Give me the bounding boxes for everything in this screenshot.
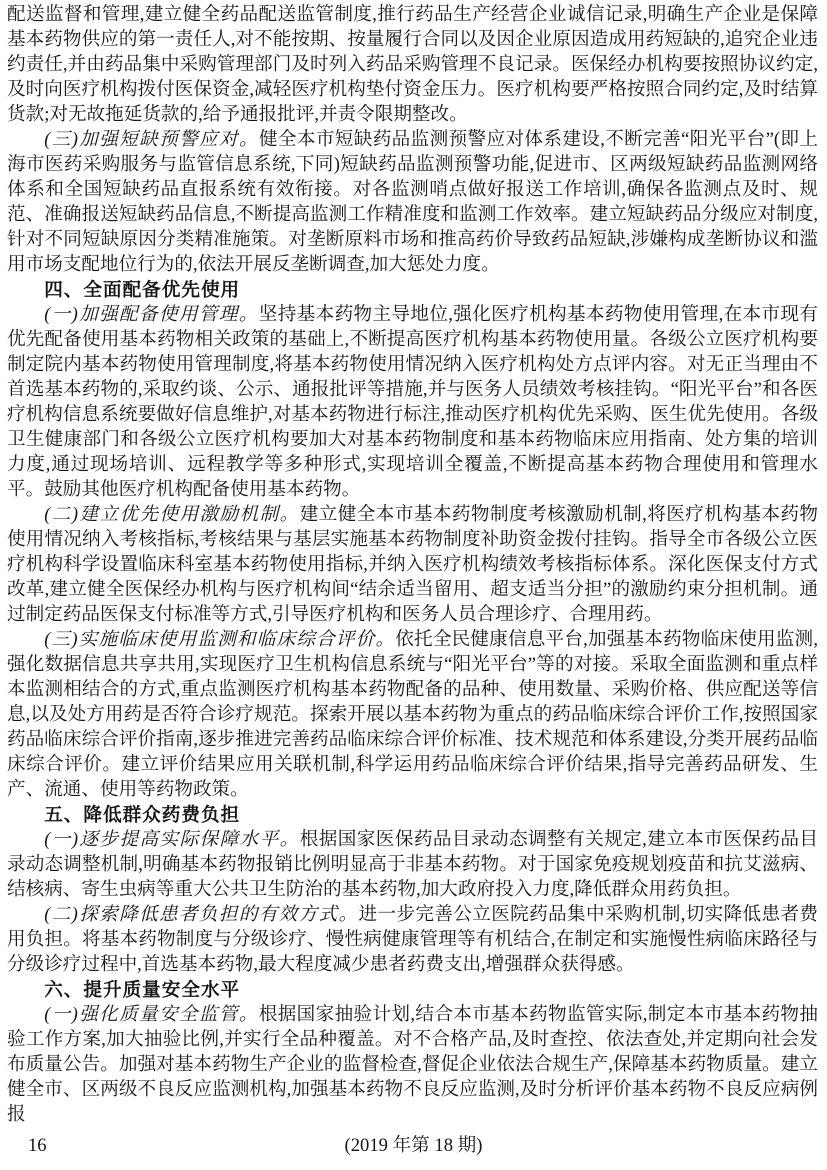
paragraph-clinical-monitoring-evaluation: (三)实施临床使用监测和临床综合评价。依托全民健康信息平台,加强基本药物临床使用… [7, 627, 818, 802]
paragraph-text: 依托全民健康信息平台,加强基本药物临床使用监测,强化数据信息共享共用,实现医疗卫… [7, 629, 818, 800]
paragraph-lead: (二)建立优先使用激励机制。 [44, 504, 300, 525]
paragraph-lead: (三)实施临床使用监测和临床综合评价。 [44, 629, 395, 650]
paragraph-text: 坚持基本药物主导地位,强化医疗机构基本药物使用管理,在本市现有优先配备使用基本药… [7, 304, 818, 500]
paragraph-lead: (一)逐步提高实际保障水平。 [44, 829, 300, 850]
section-heading-6: 六、提升质量安全水平 [7, 977, 818, 1002]
document-body: 配送监督和管理,建立健全药品配送监管制度,推行药品生产经营企业诚信记录,明确生产… [7, 2, 818, 1127]
paragraph-quality-safety-supervision: (一)强化质量安全监管。根据国家抽验计划,结合本市基本药物监管实际,制定本市基本… [7, 1002, 818, 1127]
paragraph-continuation: 配送监督和管理,建立健全药品配送监管制度,推行药品生产经营企业诚信记录,明确生产… [7, 2, 818, 127]
page-number: 16 [28, 1133, 47, 1158]
paragraph-reduce-patient-burden: (二)探索降低患者负担的有效方式。进一步完善公立医院药品集中采购机制,切实降低患… [7, 902, 818, 977]
paragraph-text: 健全本市短缺药品监测预警应对体系建设,不断完善“阳光平台”(即上海市医药采购服务… [7, 129, 818, 275]
issue-label: (2019 年第 18 期) [345, 1135, 483, 1156]
paragraph-equip-use-management: (一)加强配备使用管理。坚持基本药物主导地位,强化医疗机构基本药物使用管理,在本… [7, 302, 818, 502]
page-footer: 16 (2019 年第 18 期) [0, 1133, 827, 1158]
paragraph-shortage-warning: (三)加强短缺预警应对。健全本市短缺药品监测预警应对体系建设,不断完善“阳光平台… [7, 127, 818, 277]
section-heading-5: 五、降低群众药费负担 [7, 802, 818, 827]
document-page: 配送监督和管理,建立健全药品配送监管制度,推行药品生产经营企业诚信记录,明确生产… [0, 0, 827, 1170]
section-heading-4: 四、全面配备优先使用 [7, 277, 818, 302]
paragraph-lead: (二)探索降低患者负担的有效方式。 [44, 904, 358, 925]
paragraph-priority-use-incentive: (二)建立优先使用激励机制。建立健全本市基本药物制度考核激励机制,将医疗机构基本… [7, 502, 818, 627]
paragraph-lead: (三)加强短缺预警应对。 [44, 129, 259, 150]
paragraph-raise-protection-level: (一)逐步提高实际保障水平。根据国家医保药品目录动态调整有关规定,建立本市医保药… [7, 827, 818, 902]
paragraph-lead: (一)强化质量安全监管。 [44, 1004, 259, 1025]
paragraph-lead: (一)加强配备使用管理。 [44, 304, 259, 325]
